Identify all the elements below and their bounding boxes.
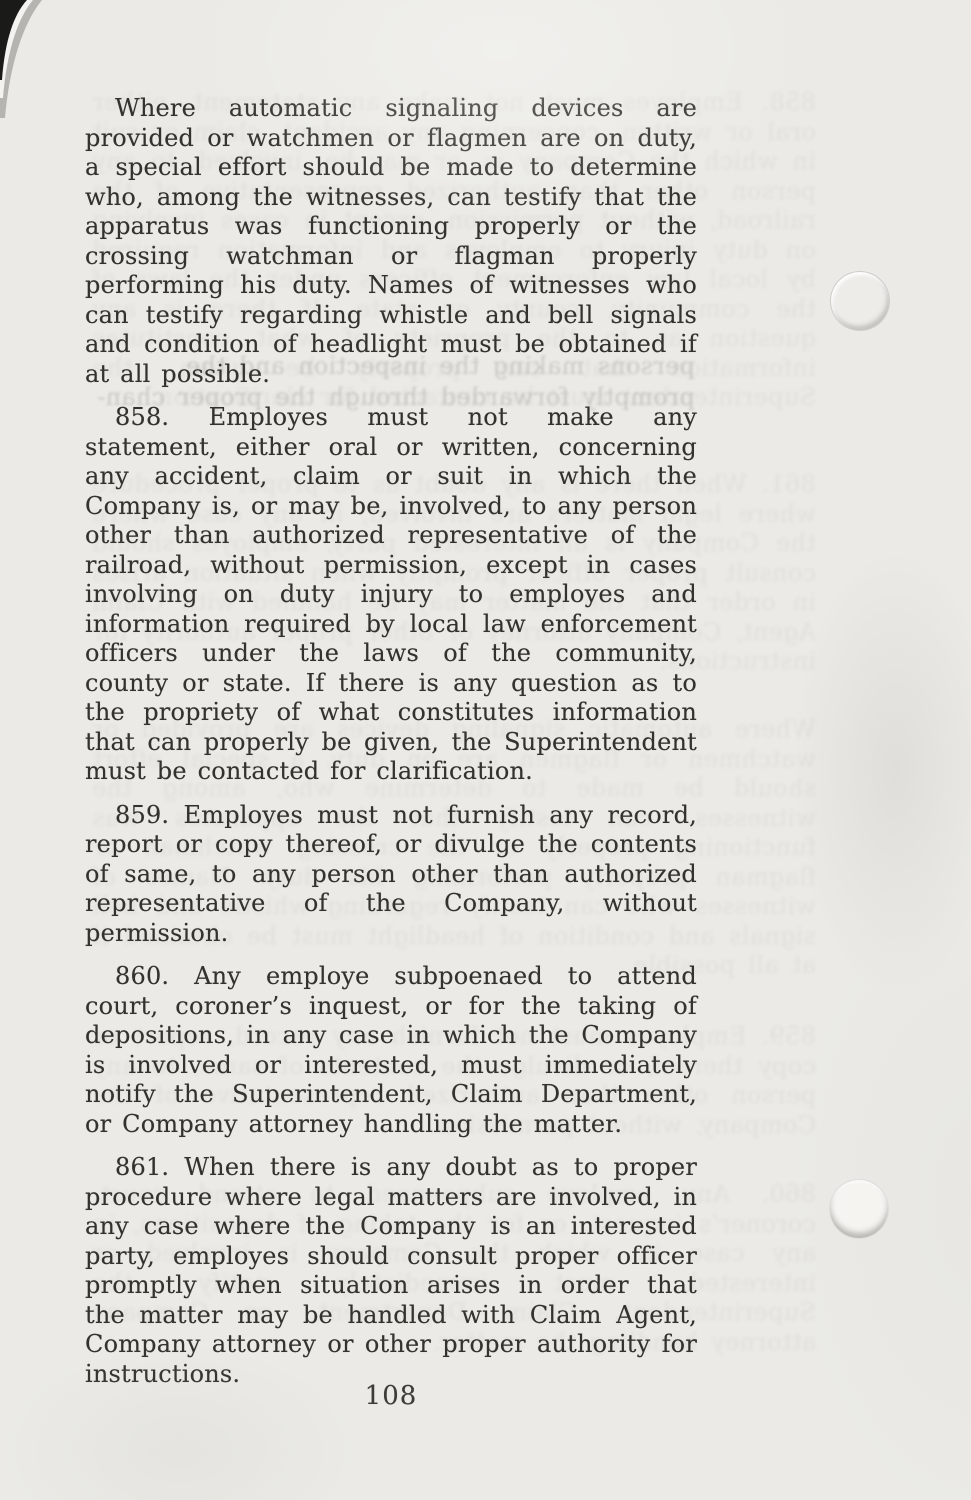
scanned-book-page: 858. Employes must not make any statemen… [0, 0, 971, 1500]
paragraph-rule-858: 858. Employes must not make any statemen… [85, 403, 697, 787]
paragraph-rule-861: 861. When there is any doubt as to prope… [85, 1153, 697, 1389]
paragraph-rule-860: 860. Any employe subpoenaed to attend co… [85, 962, 697, 1139]
punch-hole-top [830, 271, 890, 331]
page-number: 108 [85, 1381, 697, 1411]
text-column: Where automatic signaling devices are pr… [85, 94, 697, 1403]
paragraph-intro: Where automatic signaling devices are pr… [85, 94, 697, 389]
page-corner-artifact [0, 0, 62, 132]
paragraph-rule-859: 859. Employes must not furnish any recor… [85, 801, 697, 949]
punch-hole-bottom [829, 1179, 889, 1239]
